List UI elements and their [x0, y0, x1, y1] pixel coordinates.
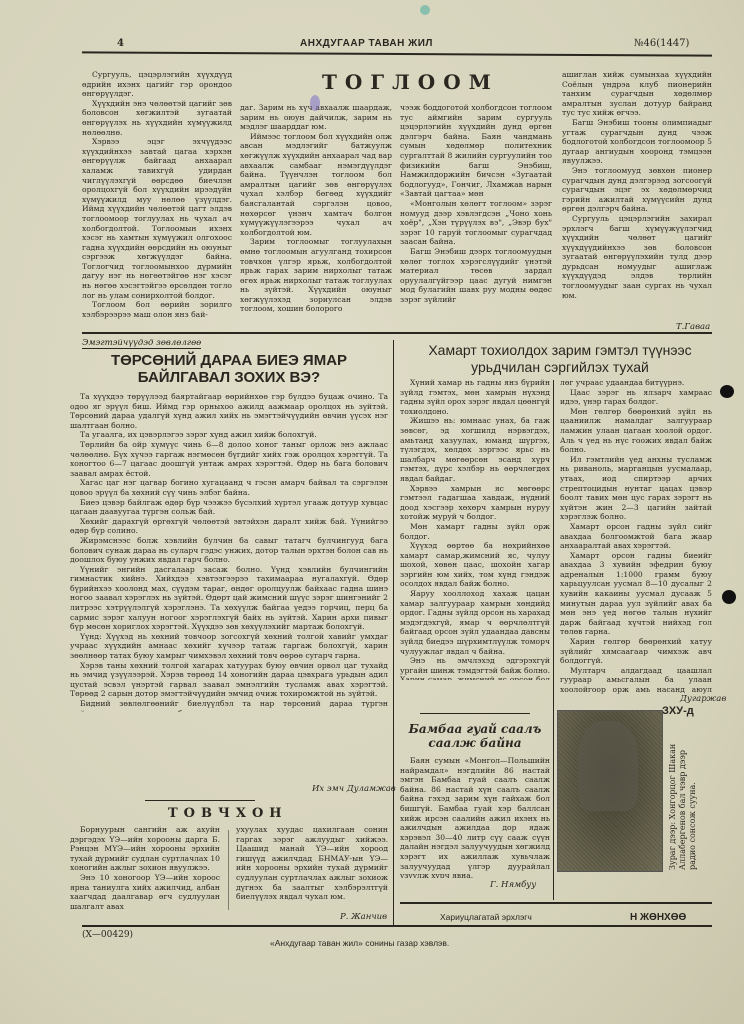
newspaper-page: 4 АНХДУГААР ТАВАН ЖИЛ №46(1447) ТОГЛООМ …: [0, 0, 744, 1024]
printer-note: «Анхдугаар таван жил» сонины газар хэвлэ…: [270, 938, 449, 948]
xamart-signature: Дугаржав: [680, 694, 726, 704]
footer-rule-top: [400, 902, 712, 904]
ink-stain: [310, 95, 320, 111]
photo-horse-radio: [557, 710, 663, 872]
article-title-xamart: Хамарт тохиолдох зарим гэмтэл түүнээс ур…: [400, 342, 720, 376]
article-title-bambaa: Бамбаа гуай саалъ саалж байна: [400, 722, 550, 750]
photo-section-label: ЗХУ-д: [662, 705, 694, 717]
article-title-tovchxon: ТОВЧХОН: [168, 806, 288, 821]
togloom-column-2: даг. Зарим нь хүч авхаалж шаардаж, зарим…: [240, 103, 392, 320]
short-rule: [145, 800, 255, 801]
article-title-togloom: ТОГЛООМ: [322, 70, 499, 94]
section-rule-1: [82, 332, 712, 334]
rubric-womens-advice: Эмэгтэйчүүдэд зөвлөлгөө: [82, 338, 201, 349]
footer-rule: [82, 925, 712, 927]
binding-hole: [722, 590, 736, 604]
editor-name: Н ЖӨНХӨӨ: [630, 912, 686, 923]
togloom-signature: Т.Гаваа: [676, 322, 710, 332]
editor-label: Хариуцлагатай эрхлэгч: [440, 912, 532, 922]
ink-stain: [420, 5, 430, 15]
togloom-column-4: ашиглан хийж сумынхаа хүүхдийн Соёлын үн…: [562, 70, 712, 320]
short-rule-2: [420, 713, 530, 714]
torsnii-body: Та хүүхдээ төрүүлээд баяртайгаар өөрийнх…: [70, 392, 388, 712]
xamart-column-2: лөг учраас удаандаа битүүрнэ. Цаас зэрэг…: [560, 378, 712, 694]
xamart-column-1: Хүний хамар нь гадны янз бүрийн зүйлд гэ…: [400, 378, 550, 680]
page-column-divider: [393, 340, 394, 925]
togloom-column-1: Сургууль, цэцэрлэгийн хүүхдүүд өдрийн их…: [82, 70, 232, 320]
photo-caption: Зураг дээр: Хонгорцог Шакан Аллабергенов…: [668, 730, 698, 870]
newspaper-title: АНХДУГААР ТАВАН ЖИЛ: [300, 38, 433, 49]
bambaa-body: Баян сумын «Монгол—Польшийн найрамдал» н…: [400, 756, 550, 878]
binding-hole: [720, 385, 734, 398]
xamart-divider: [553, 380, 554, 900]
article-title-torsnii: ТӨРСӨНИЙ ДАРАА БИЕЭ ЯМАР БАЙЛГАВАЛ ЗОХИХ…: [70, 352, 388, 386]
torsnii-signature: Их эмч Дуламжав: [312, 784, 396, 794]
bambaa-signature: Г. Нямбуу: [490, 880, 536, 890]
tovchxon-signature: Р. Жанчив: [340, 912, 387, 922]
togloom-column-3: чээж боддоготой холбогдсон тоглоом тус а…: [400, 103, 552, 320]
tovchxon-column-2: ухуулах хуудас цахилгаан сонин гаргах зэ…: [236, 825, 388, 910]
header-rule: [82, 51, 712, 56]
page-number: 4: [117, 38, 124, 49]
tovchxon-column-1: Борнуурын сангийн аж ахуйн дэргэдэх ҮЭ—и…: [70, 825, 220, 915]
tovchxon-divider: [228, 830, 229, 910]
horse-figure: [578, 721, 638, 811]
print-code: (Х—00429): [82, 930, 133, 940]
issue-number: №46(1447): [634, 38, 689, 49]
